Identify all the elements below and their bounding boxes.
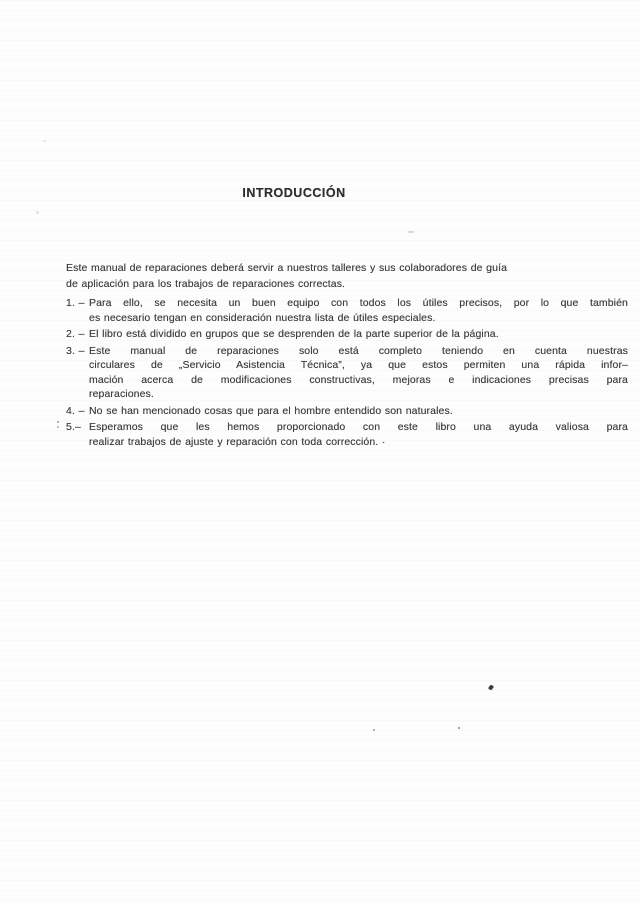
intro-paragraph: Este manual de reparaciones deberá servi… (66, 261, 628, 292)
item-line: realizar trabajos de ajuste y reparación… (89, 435, 628, 450)
list-item: 5.– Esperamos que les hemos proporcionad… (66, 420, 628, 449)
item-line: Este manual de reparaciones solo está co… (89, 344, 628, 359)
list-item: 4. – No se han mencionado cosas que para… (66, 404, 628, 419)
page-title: INTRODUCCIÓN (0, 186, 588, 200)
ink-speck (57, 421, 59, 423)
item-line: Para ello, se necesita un buen equipo co… (89, 296, 628, 311)
item-marker: 4. – (66, 404, 85, 419)
scanned-document-page: INTRODUCCIÓN Este manual de reparaciones… (0, 0, 640, 904)
ink-speck (408, 231, 414, 233)
numbered-list: 1. – Para ello, se necesita un buen equi… (66, 296, 628, 451)
item-marker: 1. – (66, 296, 85, 311)
item-marker: 3. – (66, 344, 85, 359)
item-line: reparaciones. (89, 387, 628, 402)
item-marker: 5.– (66, 420, 81, 435)
list-item: 2. – El libro está dividido en grupos qu… (66, 327, 628, 342)
list-item: 1. – Para ello, se necesita un buen equi… (66, 296, 628, 325)
item-line: es necesario tengan en consideración nue… (89, 311, 628, 326)
item-line: El libro está dividido en grupos que se … (89, 327, 628, 342)
item-line: Esperamos que les hemos proporcionado co… (89, 420, 628, 435)
ink-speck (458, 727, 460, 729)
item-line: No se han mencionado cosas que para el h… (89, 404, 628, 419)
item-marker: 2. – (66, 327, 85, 342)
ink-speck (36, 211, 39, 214)
ink-speck (488, 684, 494, 690)
list-item: 3. – Este manual de reparaciones solo es… (66, 344, 628, 402)
item-line: mación acerca de modificaciones construc… (89, 373, 628, 388)
intro-line: Este manual de reparaciones deberá servi… (66, 261, 628, 277)
ink-speck (373, 729, 375, 731)
ink-speck (43, 140, 46, 142)
ink-speck (57, 426, 59, 428)
item-line: circulares de „Servicio Asistencia Técni… (89, 358, 628, 373)
intro-line: de aplicación para los trabajos de repar… (66, 277, 628, 293)
